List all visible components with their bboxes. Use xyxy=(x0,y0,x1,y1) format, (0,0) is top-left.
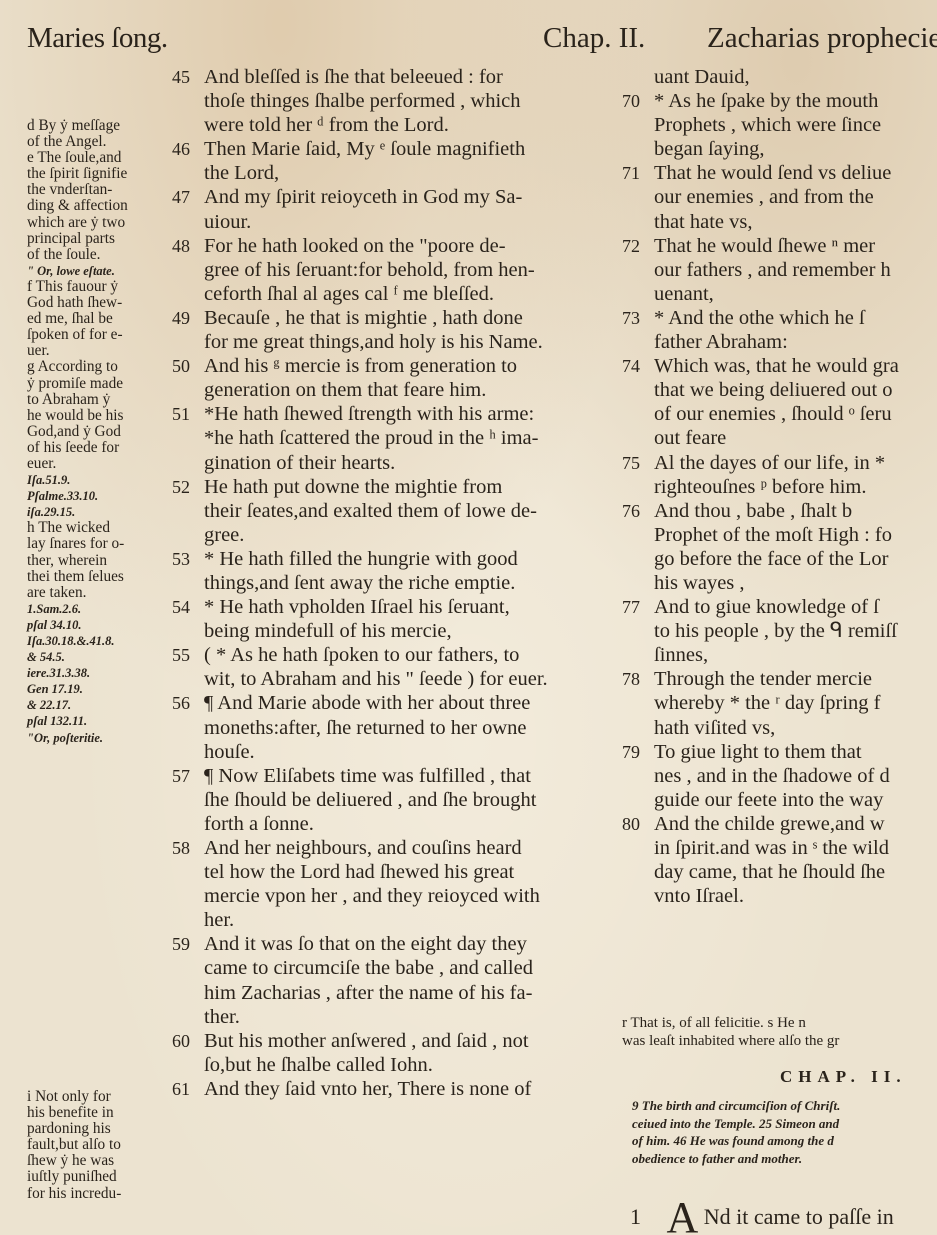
margin-note: g According toẏ promiſe madeto Abraham ẏ… xyxy=(27,359,172,472)
margin-note-line: ſpoken of for e- xyxy=(27,327,172,343)
verse-text: For he hath looked on the "poore de-gree… xyxy=(204,234,608,306)
opening-verse-number: 1 xyxy=(630,1204,641,1229)
verse-line: came to circumciſe the babe , and called xyxy=(204,956,608,980)
margin-note-line: which are ẏ two xyxy=(27,215,172,231)
verse-line: him Zacharias , after the name of his fa… xyxy=(204,981,608,1005)
verse-line: thoſe thinges ſhalbe performed , which xyxy=(204,89,608,113)
margin-note-line: "Or, poſteritie. xyxy=(27,730,172,746)
chapter-summary: 9 The birth and circumciſion of Chriſt.c… xyxy=(632,1097,937,1167)
verse-line: began ſaying, xyxy=(654,137,937,161)
verse-text: And they ſaid vnto her, There is none of xyxy=(204,1077,608,1101)
verse-number: 58 xyxy=(172,836,204,932)
verse: 45And bleſſed is ſhe that beleeued : for… xyxy=(172,65,608,137)
verse-text: * He hath vpholden Iſrael his ſeruant,be… xyxy=(204,595,608,643)
verse: 47And my ſpirit reioyceth in God my Sa-u… xyxy=(172,185,608,233)
verse-line: that we being deliuered out o xyxy=(654,378,937,402)
margin-note-line: he would be his xyxy=(27,408,172,424)
verse-text: That he would ſend vs deliueour enemies … xyxy=(654,161,937,233)
verse-text: ( * As he hath ſpoken to our fathers, to… xyxy=(204,643,608,691)
verse: 46Then Marie ſaid, My ᵉ ſoule magnifieth… xyxy=(172,137,608,185)
verse-number: 74 xyxy=(622,354,654,450)
verse: uant Dauid, xyxy=(622,65,937,89)
bottom-margin-note: i Not only forhis benefite inpardoning h… xyxy=(27,1089,172,1202)
verse-line: ſinnes, xyxy=(654,643,937,667)
verse-number: 48 xyxy=(172,234,204,306)
verse: 48For he hath looked on the "poore de-gr… xyxy=(172,234,608,306)
verse-line: Becauſe , he that is mightie , hath done xyxy=(204,306,608,330)
verse: 55( * As he hath ſpoken to our fathers, … xyxy=(172,643,608,691)
margin-note-line: ẏ promiſe made xyxy=(27,376,172,392)
verse-number: 50 xyxy=(172,354,204,402)
verse-number: 51 xyxy=(172,402,204,474)
margin-note-line: ding & affection xyxy=(27,198,172,214)
verse-text: And thou , babe , ſhalt bProphet of the … xyxy=(654,499,937,595)
verse-number: 46 xyxy=(172,137,204,185)
verse-line: wit, to Abraham and his " ſeede ) for eu… xyxy=(204,667,608,691)
verse-text: Becauſe , he that is mightie , hath done… xyxy=(204,306,608,354)
verse-line: things,and ſent away the riche emptie. xyxy=(204,571,608,595)
margin-note-line: for his incredu- xyxy=(27,1186,172,1202)
margin-note: Iſa.51.9.Pſalme.33.10.iſa.29.15. xyxy=(27,472,172,520)
margin-note-line: his benefite in xyxy=(27,1105,172,1121)
verse-line: gree of his ſeruant:for behold, from hen… xyxy=(204,258,608,282)
verse-line: to his people , by the ᑫ remiſſ xyxy=(654,619,937,643)
verse-line: righteouſnes ᵖ before him. xyxy=(654,475,937,499)
verse: 61And they ſaid vnto her, There is none … xyxy=(172,1077,608,1101)
verse-text: To giue light to them thatnes , and in t… xyxy=(654,740,937,812)
verse-line: Prophets , which were ſince xyxy=(654,113,937,137)
verse: 58And her neighbours, and couſins heardt… xyxy=(172,836,608,932)
verse-line: out feare xyxy=(654,426,937,450)
verse-text: Which was, that he would grathat we bein… xyxy=(654,354,937,450)
margin-note: f This fauour ẏGod hath ſhew-ed me, ſhal… xyxy=(27,279,172,359)
verse-text: Then Marie ſaid, My ᵉ ſoule magnifiethth… xyxy=(204,137,608,185)
margin-note: d By ẏ meſſageof the Angel. xyxy=(27,118,172,150)
verse-line: But his mother anſwered , and ſaid , not xyxy=(204,1029,608,1053)
margin-note-line: iſa.29.15. xyxy=(27,504,172,520)
verse-text: Through the tender merciewhereby * the ʳ… xyxy=(654,667,937,739)
verse-line: That he would ſend vs deliue xyxy=(654,161,937,185)
running-head: Maries ſong. Chap. II. Zacharias prophec… xyxy=(0,22,937,62)
margin-note-line: Gen 17.19. xyxy=(27,681,172,697)
verse-line: father Abraham: xyxy=(654,330,937,354)
opening-verse: 1 A Nd it came to paſſe in xyxy=(630,1192,894,1235)
verse: 72That he would ſhewe ⁿ merour fathers ,… xyxy=(622,234,937,306)
margin-note-line: uer. xyxy=(27,343,172,359)
margin-note-line: d By ẏ meſſage xyxy=(27,118,172,134)
verse: 70* As he ſpake by the mouthProphets , w… xyxy=(622,89,937,161)
verse-line: our enemies , and from the xyxy=(654,185,937,209)
verse-line: Al the dayes of our life, in * xyxy=(654,451,937,475)
verse: 50And his ᵍ mercie is from generation to… xyxy=(172,354,608,402)
verse-line: ther. xyxy=(204,1005,608,1029)
verse-number: 70 xyxy=(622,89,654,161)
verse-line: being mindefull of his mercie, xyxy=(204,619,608,643)
verse-line: *he hath ſcattered the proud in the ʰ im… xyxy=(204,426,608,450)
verse-line: for me great things,and holy is his Name… xyxy=(204,330,608,354)
verse-line: ſhe ſhould be deliuered , and ſhe brough… xyxy=(204,788,608,812)
summary-line: ceiued into the Temple. 25 Simeon and xyxy=(632,1115,937,1133)
margin-note-line: ther, wherein xyxy=(27,553,172,569)
verse-line: go before the face of the Lor xyxy=(654,547,937,571)
verse-number: 73 xyxy=(622,306,654,354)
verse-number: 61 xyxy=(172,1077,204,1101)
margin-note-line: God hath ſhew- xyxy=(27,295,172,311)
margin-note-line: pſal 34.10. xyxy=(27,617,172,633)
verse-line: And the childe grewe,and w xyxy=(654,812,937,836)
margin-note-line: fault,but alſo to xyxy=(27,1137,172,1153)
verse-text: uant Dauid, xyxy=(654,65,937,89)
verse-line: that hate vs, xyxy=(654,210,937,234)
verse-line: mercie vpon her , and they reioyced with xyxy=(204,884,608,908)
margin-note-line: iere.31.3.38. xyxy=(27,665,172,681)
verse-line: ( * As he hath ſpoken to our fathers, to xyxy=(204,643,608,667)
verse-number: 45 xyxy=(172,65,204,137)
verse-line: ¶ And Marie abode with her about three xyxy=(204,691,608,715)
verse-line: * And the othe which he ſ xyxy=(654,306,937,330)
footnote-2: was leaſt inhabited where alſo the gr xyxy=(622,1033,937,1050)
verse-number: 76 xyxy=(622,499,654,595)
verse: 75Al the dayes of our life, in *righteou… xyxy=(622,451,937,499)
running-head-left: Maries ſong. xyxy=(27,22,168,55)
summary-line: 9 The birth and circumciſion of Chriſt. xyxy=(632,1097,937,1115)
verse-number: 47 xyxy=(172,185,204,233)
verse-text: *He hath ſhewed ſtrength with his arme:*… xyxy=(204,402,608,474)
verse-line: guide our feete into the way xyxy=(654,788,937,812)
verse-line: his wayes , xyxy=(654,571,937,595)
verse-text: * He hath filled the hungrie with goodth… xyxy=(204,547,608,595)
verse-line: ceforth ſhal al ages cal ᶠ me bleſſed. xyxy=(204,282,608,306)
verse-text: And the childe grewe,and win ſpirit.and … xyxy=(654,812,937,908)
margin-note-line: pardoning his xyxy=(27,1121,172,1137)
verse-line: generation on them that feare him. xyxy=(204,378,608,402)
verse: 52He hath put downe the mightie fromthei… xyxy=(172,475,608,547)
verse-number: 77 xyxy=(622,595,654,667)
verse-text: And to giue knowledge of ſto his people … xyxy=(654,595,937,667)
margin-note-line: Iſa.51.9. xyxy=(27,472,172,488)
verse: 57¶ Now Eliſabets time was fulfilled , t… xyxy=(172,764,608,836)
verse-line: ſo,but he ſhalbe called Iohn. xyxy=(204,1053,608,1077)
verse-number: 72 xyxy=(622,234,654,306)
margin-note-line: ed me, ſhal be xyxy=(27,311,172,327)
verse-text: That he would ſhewe ⁿ merour fathers , a… xyxy=(654,234,937,306)
verse: 56¶ And Marie abode with her about three… xyxy=(172,691,608,763)
verse-number: 60 xyxy=(172,1029,204,1077)
verse-line: *He hath ſhewed ſtrength with his arme: xyxy=(204,402,608,426)
verse-line: uenant, xyxy=(654,282,937,306)
verse-line: * He hath vpholden Iſrael his ſeruant, xyxy=(204,595,608,619)
margin-note-line: 1.Sam.2.6. xyxy=(27,601,172,617)
verse: 74Which was, that he would grathat we be… xyxy=(622,354,937,450)
verse: 77And to giue knowledge of ſto his peopl… xyxy=(622,595,937,667)
verse-number: 79 xyxy=(622,740,654,812)
verse-text: Al the dayes of our life, in *righteouſn… xyxy=(654,451,937,499)
margin-note-line: the ſpirit ſignifie xyxy=(27,166,172,182)
verse-line: And his ᵍ mercie is from generation to xyxy=(204,354,608,378)
verse-number: 78 xyxy=(622,667,654,739)
verse-line: day came, that he ſhould ſhe xyxy=(654,860,937,884)
running-head-chapter: Chap. II. xyxy=(543,22,645,55)
margin-note-line: of his ſeede for xyxy=(27,440,172,456)
verse-text: And her neighbours, and couſins heardtel… xyxy=(204,836,608,932)
verse-text: ¶ And Marie abode with her about threemo… xyxy=(204,691,608,763)
margin-note-line: & 54.5. xyxy=(27,649,172,665)
verse-line: And thou , babe , ſhalt b xyxy=(654,499,937,523)
verse-line: moneths:after, ſhe returned to her owne xyxy=(204,716,608,740)
verse: 80And the childe grewe,and win ſpirit.an… xyxy=(622,812,937,908)
footnote-1: r That is, of all felicitie. s He n xyxy=(622,1015,937,1032)
verse-line: And her neighbours, and couſins heard xyxy=(204,836,608,860)
verse-line: our fathers , and remember h xyxy=(654,258,937,282)
margin-note-line: Iſa.30.18.&.41.8. xyxy=(27,633,172,649)
verse: 60But his mother anſwered , and ſaid , n… xyxy=(172,1029,608,1077)
verse-number: 53 xyxy=(172,547,204,595)
verse-line: whereby * the ʳ day ſpring f xyxy=(654,691,937,715)
verse: 53* He hath filled the hungrie with good… xyxy=(172,547,608,595)
verse-line: in ſpirit.and was in ˢ the wild xyxy=(654,836,937,860)
verse-line: For he hath looked on the "poore de- xyxy=(204,234,608,258)
verse-number: 80 xyxy=(622,812,654,908)
verse-line: the Lord, xyxy=(204,161,608,185)
verse-line: houſe. xyxy=(204,740,608,764)
margin-note: " Or, lowe eſtate. xyxy=(27,263,172,279)
verse-number: 75 xyxy=(622,451,654,499)
verse-number: 59 xyxy=(172,932,204,1028)
margin-note-line: g According to xyxy=(27,359,172,375)
margin-note: h The wickedlay ſnares for o-ther, where… xyxy=(27,520,172,600)
verse-text: And his ᵍ mercie is from generation toge… xyxy=(204,354,608,402)
margin-note-line: e The ſoule,and xyxy=(27,150,172,166)
verse: 59And it was ſo that on the eight day th… xyxy=(172,932,608,1028)
verse-text: And it was ſo that on the eight day they… xyxy=(204,932,608,1028)
verse: 73* And the othe which he ſfather Abraha… xyxy=(622,306,937,354)
verse: 51*He hath ſhewed ſtrength with his arme… xyxy=(172,402,608,474)
verse: 54* He hath vpholden Iſrael his ſeruant,… xyxy=(172,595,608,643)
verse-text: * As he ſpake by the mouthProphets , whi… xyxy=(654,89,937,161)
verse-line: * As he ſpake by the mouth xyxy=(654,89,937,113)
margin-note: 1.Sam.2.6.pſal 34.10.Iſa.30.18.&.41.8.& … xyxy=(27,601,172,746)
verse-line: Which was, that he would gra xyxy=(654,354,937,378)
margin-note-line: principal parts xyxy=(27,231,172,247)
running-head-right: Zacharias propheciet xyxy=(707,22,937,55)
verse-line: of our enemies , ſhould ᵒ ſeru xyxy=(654,402,937,426)
verse-line: gination of their hearts. xyxy=(204,451,608,475)
verse-text: * And the othe which he ſfather Abraham: xyxy=(654,306,937,354)
verse-line: uiour. xyxy=(204,210,608,234)
verse-line: And to giue knowledge of ſ xyxy=(654,595,937,619)
verse-text: And bleſſed is ſhe that beleeued : forth… xyxy=(204,65,608,137)
verse-line: ¶ Now Eliſabets time was fulfilled , tha… xyxy=(204,764,608,788)
margin-note-line: are taken. xyxy=(27,585,172,601)
verse-line: To giue light to them that xyxy=(654,740,937,764)
margin-note-line: " Or, lowe eſtate. xyxy=(27,263,172,279)
verse-text: ¶ Now Eliſabets time was fulfilled , tha… xyxy=(204,764,608,836)
verse-line: He hath put downe the mightie from xyxy=(204,475,608,499)
verse-line: And bleſſed is ſhe that beleeued : for xyxy=(204,65,608,89)
bible-page: Maries ſong. Chap. II. Zacharias prophec… xyxy=(0,0,937,1235)
verse: 76And thou , babe , ſhalt bProphet of th… xyxy=(622,499,937,595)
verse-text: And my ſpirit reioyceth in God my Sa-uio… xyxy=(204,185,608,233)
right-column: uant Dauid,70* As he ſpake by the mouthP… xyxy=(622,65,937,908)
verse-number: 57 xyxy=(172,764,204,836)
verse-number xyxy=(622,65,654,89)
verse-line: tel how the Lord had ſhewed his great xyxy=(204,860,608,884)
verse-line: And it was ſo that on the eight day they xyxy=(204,932,608,956)
verse-line: Then Marie ſaid, My ᵉ ſoule magnifieth xyxy=(204,137,608,161)
margin-note-line: pſal 132.11. xyxy=(27,713,172,729)
margin-note-line: euer. xyxy=(27,456,172,472)
verse-line: her. xyxy=(204,908,608,932)
margin-note-line: ſhew ẏ he was xyxy=(27,1153,172,1169)
verse: 78Through the tender merciewhereby * the… xyxy=(622,667,937,739)
verse-line: nes , and in the ſhadowe of d xyxy=(654,764,937,788)
verse-line: That he would ſhewe ⁿ mer xyxy=(654,234,937,258)
drop-cap: A xyxy=(667,1193,699,1235)
margin-note-line: i Not only for xyxy=(27,1089,172,1105)
verse-line: Prophet of the moſt High : fo xyxy=(654,523,937,547)
verse-number: 54 xyxy=(172,595,204,643)
verse-number: 55 xyxy=(172,643,204,691)
verse: 71That he would ſend vs deliueour enemie… xyxy=(622,161,937,233)
verse-number: 52 xyxy=(172,475,204,547)
verse-line: Through the tender mercie xyxy=(654,667,937,691)
verse-number: 71 xyxy=(622,161,654,233)
margin-note-line: thei them ſelues xyxy=(27,569,172,585)
verse-line: uant Dauid, xyxy=(654,65,937,89)
margin-note-line: Pſalme.33.10. xyxy=(27,488,172,504)
verse-line: gree. xyxy=(204,523,608,547)
verse: 79To giue light to them thatnes , and in… xyxy=(622,740,937,812)
summary-line: obedience to father and mother. xyxy=(632,1150,937,1168)
verse-line: forth a ſonne. xyxy=(204,812,608,836)
verse-line: their ſeates,and exalted them of lowe de… xyxy=(204,499,608,523)
summary-line: of him. 46 He was found among the d xyxy=(632,1132,937,1150)
verse: 49Becauſe , he that is mightie , hath do… xyxy=(172,306,608,354)
margin-note-line: f This fauour ẏ xyxy=(27,279,172,295)
opening-verse-text: Nd it came to paſſe in xyxy=(704,1204,894,1229)
margin-note-line: lay ſnares for o- xyxy=(27,536,172,552)
margin-note: e The ſoule,andthe ſpirit ſignifiethe vn… xyxy=(27,150,172,263)
margin-note-line: of the ſoule. xyxy=(27,247,172,263)
verse-text: He hath put downe the mightie fromtheir … xyxy=(204,475,608,547)
margin-note-line: & 22.17. xyxy=(27,697,172,713)
verse-line: hath viſited vs, xyxy=(654,716,937,740)
verse-line: were told her ᵈ from the Lord. xyxy=(204,113,608,137)
verse-line: And they ſaid vnto her, There is none of xyxy=(204,1077,608,1101)
main-column: 45And bleſſed is ſhe that beleeued : for… xyxy=(172,65,608,1101)
margin-note-line: of the Angel. xyxy=(27,134,172,150)
margin-notes: d By ẏ meſſageof the Angel.e The ſoule,a… xyxy=(27,118,172,746)
verse-line: And my ſpirit reioyceth in God my Sa- xyxy=(204,185,608,209)
margin-note-line: to Abraham ẏ xyxy=(27,392,172,408)
verse-text: But his mother anſwered , and ſaid , not… xyxy=(204,1029,608,1077)
verse-line: * He hath filled the hungrie with good xyxy=(204,547,608,571)
margin-note-line: God,and ẏ God xyxy=(27,424,172,440)
margin-note-line: h The wicked xyxy=(27,520,172,536)
chapter-heading: CHAP. II. xyxy=(780,1067,907,1087)
verse-number: 49 xyxy=(172,306,204,354)
margin-note-line: iuſtly puniſhed xyxy=(27,1169,172,1185)
verse-number: 56 xyxy=(172,691,204,763)
margin-note-line: the vnderſtan- xyxy=(27,182,172,198)
verse-line: vnto Iſrael. xyxy=(654,884,937,908)
